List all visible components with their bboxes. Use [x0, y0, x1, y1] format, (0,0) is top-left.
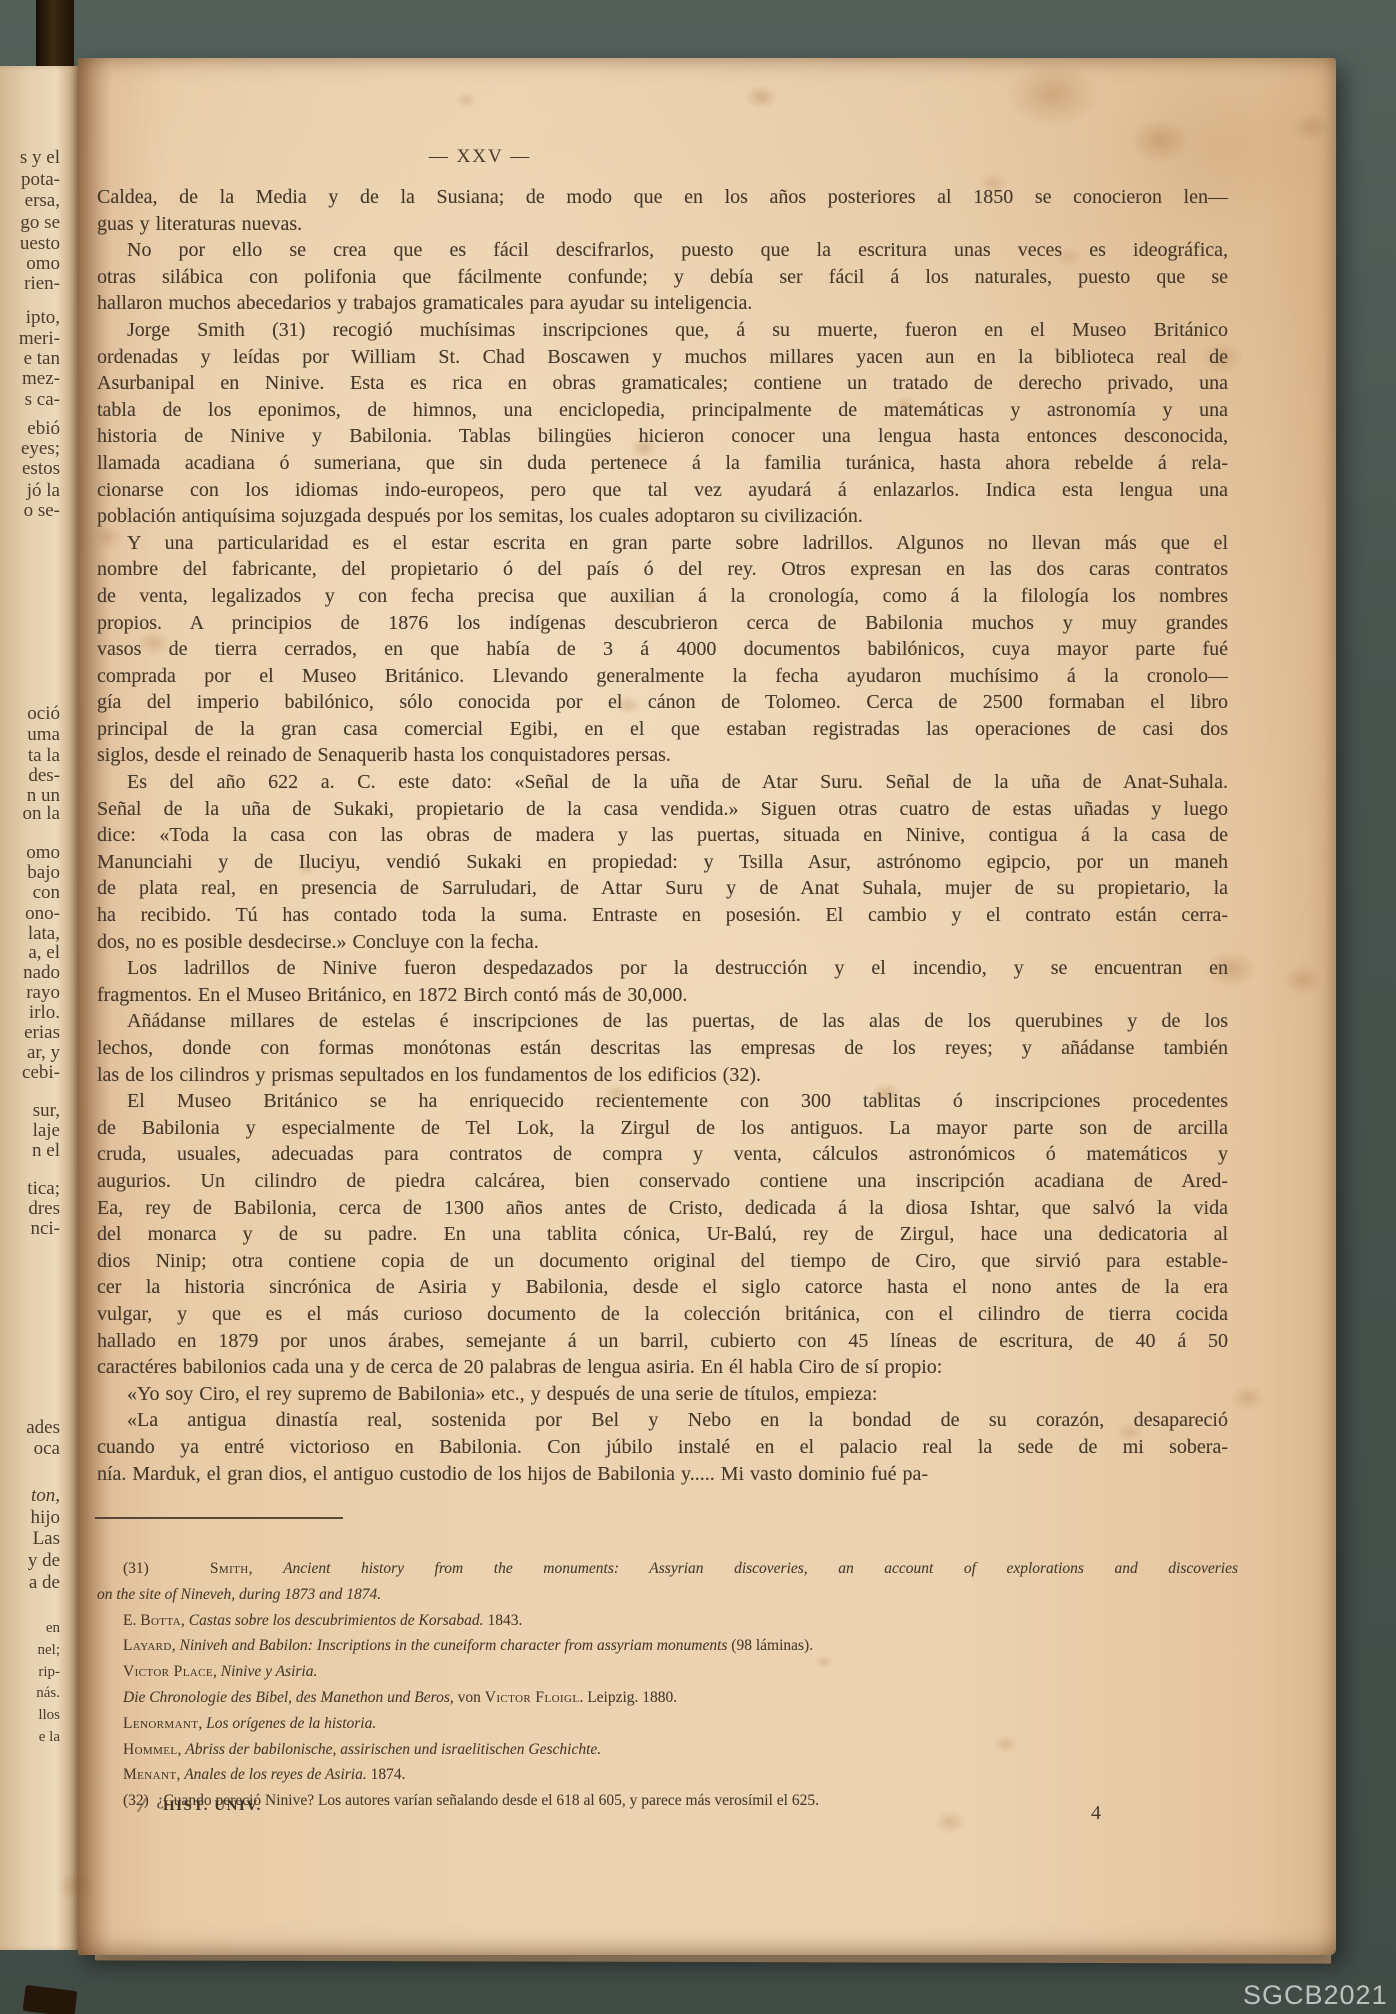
previous-page-text-fragment: on la	[23, 803, 60, 824]
watermark: SGCB2021	[1243, 1980, 1388, 2011]
previous-page-text-fragment: oció	[27, 703, 60, 724]
footnote-segment: 1843.	[484, 1612, 523, 1629]
previous-page-text-fragment: s y el	[20, 147, 60, 168]
footnote-segment: Hommel	[123, 1741, 178, 1758]
previous-page-text-fragment: a, el	[28, 942, 60, 963]
page-number-header: — XXV —	[400, 146, 560, 168]
footnote-line: (32) ¿Cuando pereció Ninive? Los autores…	[97, 1788, 1238, 1814]
body-line: dios Ninip; otra contiene copia de un do…	[97, 1248, 1228, 1275]
previous-page-text-fragment: ipto,	[26, 307, 60, 328]
body-line: de venta, legalizados y con fecha precis…	[97, 583, 1228, 610]
previous-page-text-fragment: omo	[26, 253, 60, 274]
previous-page-text-fragment: laje	[33, 1120, 60, 1141]
previous-page-text-fragment: uma	[27, 724, 60, 745]
footnote-segment: . Leipzig. 1880.	[579, 1689, 677, 1706]
body-line: nombre del fabricante, del propietario ó…	[97, 556, 1228, 583]
footnote-segment: Abriss der babilonische, assirischen und…	[185, 1741, 601, 1758]
sheet-signature-number: 4	[1091, 1802, 1101, 1825]
footnote-segment: Botta	[140, 1612, 181, 1629]
body-line: «Yo soy Ciro, el rey supremo de Babiloni…	[97, 1381, 1228, 1408]
body-line: augurios. Un cilindro de piedra calcárea…	[97, 1168, 1228, 1195]
body-line: Señal de la uña de Sukaki, propietario d…	[97, 796, 1228, 823]
previous-page-text-fragment: a de	[29, 1572, 60, 1593]
previous-page-text-fragment: pota-	[21, 169, 60, 190]
body-line: de plata real, en presencia de Sarruluda…	[97, 875, 1228, 902]
previous-page-text-fragment: meri-	[19, 328, 60, 349]
previous-page-text-fragment: omo	[26, 842, 60, 863]
body-line: nía. Marduk, el gran dios, el antiguo cu…	[97, 1461, 1228, 1488]
previous-page-text-fragment: erias	[24, 1022, 60, 1043]
body-line: población antiquísima sojuzgada después …	[97, 503, 1228, 530]
footnote-segment: Menant	[123, 1766, 176, 1783]
bookmark-tab-bottom	[23, 1985, 78, 2014]
paragraph: Los ladrillos de Ninive fueron despedaza…	[97, 955, 1228, 1008]
body-line: Es del año 622 a. C. este dato: «Señal d…	[97, 769, 1228, 796]
previous-page-text-fragment: nci-	[30, 1218, 60, 1239]
footnote-segment: Die Chronologie des Bibel, des Manethon …	[123, 1689, 450, 1706]
footnote-line: Layard, Niniveh and Babilon: Inscription…	[97, 1633, 1238, 1659]
stain	[745, 85, 777, 109]
previous-page-text-fragment: n el	[32, 1140, 60, 1161]
footnote-line: (31) Smith, Ancient history from the mon…	[97, 1556, 1238, 1582]
body-line: gía del imperio babilónico, sólo conocid…	[97, 689, 1228, 716]
previous-page-text-fragment: irlo.	[29, 1002, 60, 1023]
footnote-line: Victor Place, Ninive y Asiria.	[97, 1659, 1238, 1685]
previous-page-text-fragment: go se	[20, 212, 60, 233]
body-line: El Museo Británico se ha enriquecido rec…	[97, 1088, 1228, 1115]
previous-page-text-fragment: ton,	[31, 1485, 60, 1506]
footnote-segment: Los orígenes de la historia.	[206, 1715, 376, 1732]
footnote-segment: ,	[172, 1637, 180, 1654]
stain	[1005, 62, 1100, 127]
previous-page-text-fragment: lata,	[28, 923, 60, 944]
previous-page-text-fragment: rien-	[24, 273, 60, 294]
footnote-line: Die Chronologie des Bibel, des Manethon …	[97, 1685, 1238, 1711]
previous-page-text-fragment: ta la	[28, 745, 60, 766]
previous-page-text-fragment: ades	[26, 1417, 60, 1438]
printer-signature: HIST. UNIV.	[163, 1798, 262, 1815]
body-line: principal de la gran casa comercial Egib…	[97, 716, 1228, 743]
book-page: — XXV — Caldea, de la Media y de la Susi…	[78, 58, 1336, 1955]
body-line: comprada por el Museo Británico. Llevand…	[97, 663, 1228, 690]
previous-page-text-fragment: Las	[33, 1528, 60, 1549]
body-line: tabla de los eponimos, de himnos, una en…	[97, 397, 1228, 424]
footnote-segment: on the site of Nineveh, during 1873 and …	[97, 1586, 381, 1603]
previous-page-text-fragment: ebió	[27, 418, 60, 439]
body-line: las de los cilindros y prismas sepultado…	[97, 1062, 1228, 1089]
body-line: siglos, desde el reinado de Senaquerib h…	[97, 742, 1228, 769]
previous-page-text-fragment: jó la	[27, 480, 60, 501]
footnote-segment: Smith	[210, 1560, 249, 1577]
paragraph: «Yo soy Ciro, el rey supremo de Babiloni…	[97, 1381, 1228, 1408]
footnote-segment: Castas sobre los descubrimientos de Kors…	[189, 1612, 484, 1629]
previous-page-text-fragment: rip-	[38, 1662, 60, 1683]
previous-page-text-fragment: ar, y	[27, 1042, 60, 1063]
body-line: hallaron muchos abecedarios y trabajos g…	[97, 290, 1228, 317]
previous-page-text-fragment: bajo	[27, 862, 60, 883]
body-line: guas y literaturas nuevas.	[97, 211, 1228, 238]
footnote-line: Menant, Anales de los reyes de Asiria. 1…	[97, 1762, 1238, 1788]
previous-page-text-fragment: ersa,	[25, 190, 60, 211]
body-line: ordenadas y leídas por William St. Chad …	[97, 344, 1228, 371]
body-line: Y una particularidad es el estar escrita…	[97, 530, 1228, 557]
previous-page-text-fragment: e la	[39, 1727, 60, 1748]
previous-page-text-fragment: nel;	[38, 1640, 61, 1661]
previous-page-text-fragment: tica;	[27, 1178, 60, 1199]
body-line: vulgar, y que es el más curioso document…	[97, 1301, 1228, 1328]
body-line: vasos de tierra cerrados, en que había d…	[97, 636, 1228, 663]
body-line: hallado en 1879 por unos árabes, semejan…	[97, 1328, 1228, 1355]
previous-page-text-fragment: nás.	[36, 1683, 60, 1704]
body-line: historia de Ninive y Babilonia. Tablas b…	[97, 423, 1228, 450]
body-text: Caldea, de la Media y de la Susiana; de …	[97, 184, 1228, 1487]
previous-page-text-fragment: rayo	[26, 982, 60, 1003]
footnote-segment: Anales de los reyes de Asiria.	[184, 1766, 367, 1783]
body-line: dos, no es posible desdecirse.» Concluye…	[97, 929, 1228, 956]
footnote-segment: Victor Floigl	[485, 1689, 580, 1706]
body-line: caractéres babilonios cada una y de cerc…	[97, 1354, 1228, 1381]
body-line: No por ello se crea que es fácil descifr…	[97, 237, 1228, 264]
footnote-segment: (31)	[123, 1560, 210, 1577]
paragraph: El Museo Británico se ha enriquecido rec…	[97, 1088, 1228, 1381]
footnote-segment: Lenormant	[123, 1715, 198, 1732]
previous-page-text-fragment: s ca-	[25, 389, 60, 410]
body-line: fragmentos. En el Museo Británico, en 18…	[97, 982, 1228, 1009]
paragraph: Añádanse millares de estelas é inscripci…	[97, 1008, 1228, 1088]
body-line: cuando ya entré victorioso en Babilonia.…	[97, 1434, 1228, 1461]
body-line: lechos, donde con formas monótonas están…	[97, 1035, 1228, 1062]
footnote-line: E. Botta, Castas sobre los descubrimient…	[97, 1608, 1238, 1634]
body-line: Jorge Smith (31) recogió muchísimas insc…	[97, 317, 1228, 344]
bookmark-tab-top	[36, 0, 74, 66]
previous-page-text-fragment: uesto	[20, 233, 60, 254]
previous-page-text-fragment: des-	[28, 765, 60, 786]
footnote-line: Lenormant, Los orígenes de la historia.	[97, 1711, 1238, 1737]
footnote-segment: ,	[181, 1612, 189, 1629]
previous-page-text-fragment: mez-	[22, 368, 60, 389]
previous-page-text-fragment: nado	[23, 962, 60, 983]
footnote-segment: ,	[213, 1663, 221, 1680]
previous-page-text-fragment: estos	[22, 458, 60, 479]
previous-page-text-fragment: o se-	[24, 500, 60, 521]
previous-page-text-fragment: ono-	[25, 903, 60, 924]
stain	[455, 92, 477, 108]
previous-page-text-fragment: con	[33, 882, 60, 903]
previous-page-text-fragment: oca	[34, 1438, 60, 1459]
paragraph: No por ello se crea que es fácil descifr…	[97, 237, 1228, 317]
previous-page-text-fragment: en	[46, 1618, 60, 1639]
stain	[56, 1872, 94, 1900]
body-line: ha recibido. Tú has contado toda la suma…	[97, 902, 1228, 929]
footnote-segment: E.	[123, 1612, 140, 1629]
body-line: propios. A principios de 1876 los indíge…	[97, 610, 1228, 637]
paragraph: Caldea, de la Media y de la Susiana; de …	[97, 184, 1228, 237]
body-line: «La antigua dinastía real, sostenida por…	[97, 1407, 1228, 1434]
body-line: Los ladrillos de Ninive fueron despedaza…	[97, 955, 1228, 982]
footnote-segment: , von	[450, 1689, 485, 1706]
previous-page-text-fragment: e tan	[24, 348, 60, 369]
previous-page-text-fragment: sur,	[33, 1100, 60, 1121]
previous-page-edge: s y elpota-ersa,go seuestoomorien-ipto,m…	[0, 66, 80, 1950]
footnote-segment: (98 láminas).	[727, 1637, 813, 1654]
paragraph: Jorge Smith (31) recogió muchísimas insc…	[97, 317, 1228, 530]
footnote-segment: Victor Place	[123, 1663, 213, 1680]
body-line: Añádanse millares de estelas é inscripci…	[97, 1008, 1228, 1035]
footnote-segment: Niniveh and Babilon: Inscriptions in the…	[180, 1637, 728, 1654]
scanned-book-photo: s y elpota-ersa,go seuestoomorien-ipto,m…	[0, 0, 1396, 2014]
body-line: cionarse con los idiomas indo-europeos, …	[97, 477, 1228, 504]
footnote-segment: ,	[198, 1715, 206, 1732]
body-line: otras silábica con polifonia que fácilme…	[97, 264, 1228, 291]
previous-page-text-fragment: eyes;	[21, 438, 60, 459]
body-line: del monarca y de su padre. En una tablit…	[97, 1221, 1228, 1248]
footnote-segment: 1874.	[367, 1766, 406, 1783]
previous-page-text-fragment: hijo	[30, 1507, 60, 1528]
stain	[1283, 965, 1323, 995]
footnote-segment: Ninive y Asiria.	[221, 1663, 318, 1680]
body-line: cer la historia sincrónica de Asiria y B…	[97, 1274, 1228, 1301]
paragraph: «La antigua dinastía real, sostenida por…	[97, 1407, 1228, 1487]
body-line: Ea, rey de Babilonia, cerca de 1300 años…	[97, 1195, 1228, 1222]
footnotes: (31) Smith, Ancient history from the mon…	[97, 1556, 1238, 1814]
previous-page-text-fragment: llos	[38, 1705, 60, 1726]
stain	[1230, 1385, 1266, 1411]
previous-page-text-fragment: y de	[28, 1550, 60, 1571]
footnote-rule	[95, 1517, 343, 1519]
body-line: cruda, usuales, adecuadas para contratos…	[97, 1141, 1228, 1168]
footnote-line: on the site of Nineveh, during 1873 and …	[97, 1582, 1238, 1608]
paragraph: Es del año 622 a. C. este dato: «Señal d…	[97, 769, 1228, 955]
body-line: Manunciahi y de Iluciyu, vendió Sukaki e…	[97, 849, 1228, 876]
footnote-segment: Ancient history from the monuments: Assy…	[283, 1560, 1238, 1577]
body-line: Caldea, de la Media y de la Susiana; de …	[97, 184, 1228, 211]
previous-page-text-fragment: cebi-	[22, 1062, 60, 1083]
paragraph: Y una particularidad es el estar escrita…	[97, 530, 1228, 769]
footnote-segment: ,	[249, 1560, 283, 1577]
body-line: de Babilonia y especialmente de Tel Lok,…	[97, 1115, 1228, 1142]
body-line: dice: «Toda la casa con las obras de mad…	[97, 822, 1228, 849]
footnote-segment: Layard	[123, 1637, 172, 1654]
previous-page-text-fragment: dres	[28, 1198, 60, 1219]
body-line: Asurbanipal en Ninive. Esta es rica en o…	[97, 370, 1228, 397]
body-line: llamada acadiana ó sumeriana, que sin du…	[97, 450, 1228, 477]
footnote-line: Hommel, Abriss der babilonische, assiris…	[97, 1737, 1238, 1763]
